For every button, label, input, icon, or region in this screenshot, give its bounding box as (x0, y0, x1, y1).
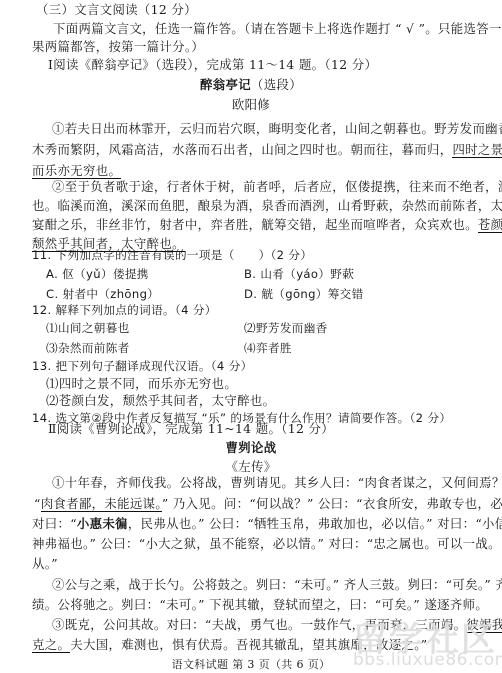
passage1-intro: Ⅰ阅读《醉翁亭记》（选段），完成第 11～14 题。（12 分） (48, 57, 482, 73)
passage2-title: 曹刿论战 (0, 440, 502, 456)
passage1-author: 欧阳修 (0, 97, 502, 113)
q11-option-b: B. 山肴（yáo）野蔌 (244, 266, 502, 282)
p1-para2-line2: 也。临溪而渔，溪深而鱼肥，酿泉为酒，泉香而酒洌，山肴野蔌，杂然而前陈者，太守宴也… (32, 198, 466, 214)
p2-para1-line5: 从。” (32, 556, 466, 572)
p1-para2-line1: ②至于负者歌于途，行者休于树，前者呼，后者应，伛偻提携，往来而不绝者，滁人游 (52, 179, 486, 195)
passage1-title: 醉翁亭记 (200, 77, 251, 92)
passage1-title-block: 醉翁亭记（选段） (0, 77, 502, 93)
open-quote: “ (34, 496, 41, 511)
underlined-sentence: 苍颜白发， (478, 217, 502, 233)
p2-para1-line2: “肉食者鄙，未能远谋。” 乃入见。问：“何以战？” 公曰：“衣食所安，弗敢专也，… (34, 496, 468, 512)
p1-para1-line2: 木秀而繁阴，风霜高洁，水落而石出者，山间之四时也。朝而往，暮而归，四时之景不同， (32, 142, 466, 158)
passage2-source: 《左传》 (0, 459, 502, 475)
p1-para1-line3: 而乐亦无穷也。 (32, 163, 466, 179)
passage2-intro: Ⅱ阅读《曹刿论战》，完成第 11~14 题。（12 分） (48, 421, 482, 437)
p2-para1-line3: 对曰：“小惠未徧，民弗从也。” 公曰：“牺牲玉帛，弗敢加也，必以信。” 对曰：“… (32, 516, 466, 532)
p2-para3-line2: 克之。夫大国，难测也，惧有伏焉。吾视其辙乱，望其旗靡，故逐之。” (32, 637, 466, 653)
q12-item-2: ⑵野芳发而幽香 (244, 320, 502, 336)
p1-para1-line1: ①若夫日出而林霏开，云归而岩穴暝，晦明变化者，山间之朝暮也。野芳发而幽香，佳 (52, 121, 486, 137)
p2-para1-line3-pre: 对曰：“ (32, 516, 77, 531)
bold-phrase: 小惠未徧 (77, 516, 128, 531)
p2-para1-line4: 神弗福也。” 公曰：“小大之狱，虽不能察，必以情。” 对曰：“忠之属也。可以一战… (32, 536, 466, 552)
page-footer: 语文科试题 第 3 页（共 6 页） (0, 657, 502, 673)
p2-para3-line2-text: 夫大国，难测也，惧有伏焉。吾视其辙乱，望其旗靡，故逐之。” (70, 637, 427, 652)
p2-para1-line1: ①十年春，齐师伐我。公将战，曹刿请见。其乡人曰：“肉食者谋之，又何间焉？” 刿曰… (52, 475, 486, 491)
p2-para3-line1-text: ③既克，公问其故。对曰：“夫战，勇气也。一鼓作气，再而衰，三而竭。 (52, 617, 466, 632)
instructions-line-2: 果两篇都答，按第一篇计分。） (32, 39, 466, 55)
underlined-sentence: 彼竭我盈，故 (466, 617, 502, 633)
passage1-title-suffix: （选段） (251, 77, 302, 92)
p2-para1-line3-post: ，民弗从也。” 公曰：“牺牲玉帛，弗敢加也，必以信。” 对曰：“小信未孚， (128, 516, 502, 531)
p2-para2-line1: ②公与之乘，战于长勺。公将鼓之。刿曰：“未可。” 齐人三鼓。刿曰：“可矣。” 齐… (52, 577, 486, 593)
q13-item-2: ⑵苍颜白发，颓然乎其间者，太守醉也。 (46, 393, 480, 409)
q12-item-4: ⑷弈者胜 (244, 340, 502, 356)
question-13-stem: 13. 把下列句子翻译成现代汉语。（4 分） (32, 358, 466, 374)
question-11-stem: 11. 下列加点字的注音有误的一项是（ ）（2 分） (32, 247, 466, 263)
instructions-line-1: 下面两篇文言文，任选一篇作答。（请在答题卡上将选作题打 “ √ ”。只能选答一篇… (53, 21, 487, 37)
p2-para2-line2: 绩。公将驰之。刿曰：“未可。” 下视其辙，登轼而望之，曰：“可矣。” 遂逐齐师。 (32, 597, 466, 613)
underlined-sentence: 四时之景不同， (452, 142, 502, 158)
question-12-stem: 12. 解释下列加点的词语。（4 分） (32, 302, 466, 318)
q13-item-1: ⑴四时之景不同，而乐亦无穷也。 (46, 376, 480, 392)
p1-para2-line3-text: 宴酣之乐，非丝非竹，射者中，弈者胜，觥筹交错，起坐而喧哗者，众宾欢也。 (32, 217, 478, 232)
underlined-sentence: 肉食者鄙，未能远谋。 (41, 496, 162, 512)
p2-para3-line1: ③既克，公问其故。对曰：“夫战，勇气也。一鼓作气，再而衰，三而竭。彼竭我盈，故 (52, 617, 486, 633)
underlined-sentence: 克之。 (32, 637, 70, 653)
section-heading: （三）文言文阅读（12 分） (36, 2, 470, 18)
p1-para1-line2-text: 木秀而繁阴，风霜高洁，水落而石出者，山间之四时也。朝而往，暮而归， (32, 142, 452, 157)
p1-para2-line3: 宴酣之乐，非丝非竹，射者中，弈者胜，觥筹交错，起坐而喧哗者，众宾欢也。苍颜白发， (32, 217, 466, 233)
p2-para1-line2-text: ” 乃入见。问：“何以战？” 公曰：“衣食所安，弗敢专也，必以分人。” (162, 496, 502, 511)
exam-page: （三）文言文阅读（12 分） 下面两篇文言文，任选一篇作答。（请在答题卡上将选作… (0, 0, 502, 673)
underlined-sentence: 而乐亦无穷也。 (32, 163, 121, 179)
q11-option-d: D. 觥（gōng）筹交错 (244, 286, 502, 302)
